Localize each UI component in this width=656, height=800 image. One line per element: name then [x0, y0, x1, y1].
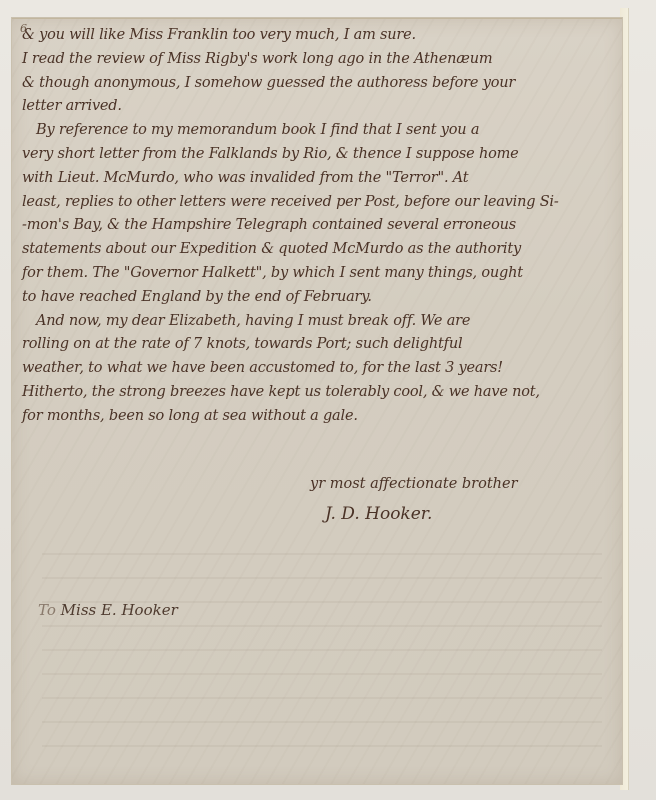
letter-line: very short letter from the Falklands by …: [22, 143, 622, 167]
letter-line: statements about our Expedition & quoted…: [22, 238, 622, 262]
letter-line: least, replies to other letters were rec…: [22, 191, 622, 215]
letter-line: with Lieut. McMurdo, who was invalided f…: [22, 167, 622, 191]
letter-line: -mon's Bay, & the Hampshire Telegraph co…: [22, 214, 622, 238]
address-name: Miss E. Hooker: [61, 601, 178, 619]
letter-line: I read the review of Miss Rigby's work l…: [22, 48, 622, 72]
letter-line: And now, my dear Elizabeth, having I mus…: [22, 310, 622, 334]
letter-line: rolling on at the rate of 7 knots, towar…: [22, 333, 622, 357]
letter-line: By reference to my memorandum book I fin…: [22, 119, 622, 143]
letter-line: letter arrived.: [22, 95, 622, 119]
letter-line: for months, been so long at sea without …: [22, 405, 622, 429]
letter-closing: yr most affectionate brother: [310, 476, 518, 492]
letter-line: for them. The "Governor Halkett", by whi…: [22, 262, 622, 286]
letter-line: weather, to what we have been accustomed…: [22, 357, 622, 381]
letter-line: Hitherto, the strong breezes have kept u…: [22, 381, 622, 405]
signature: J. D. Hooker.: [325, 504, 432, 524]
letter-line: & though anonymous, I somehow guessed th…: [22, 72, 622, 96]
ink-bleed-through: [42, 539, 602, 769]
letter-line: to have reached England by the end of Fe…: [22, 286, 622, 310]
address-prefix: To: [38, 601, 56, 619]
letter-line: & you will like Miss Franklin too very m…: [22, 24, 622, 48]
letter-body: & you will like Miss Franklin too very m…: [22, 24, 622, 429]
addressee: To Miss E. Hooker: [38, 601, 178, 619]
